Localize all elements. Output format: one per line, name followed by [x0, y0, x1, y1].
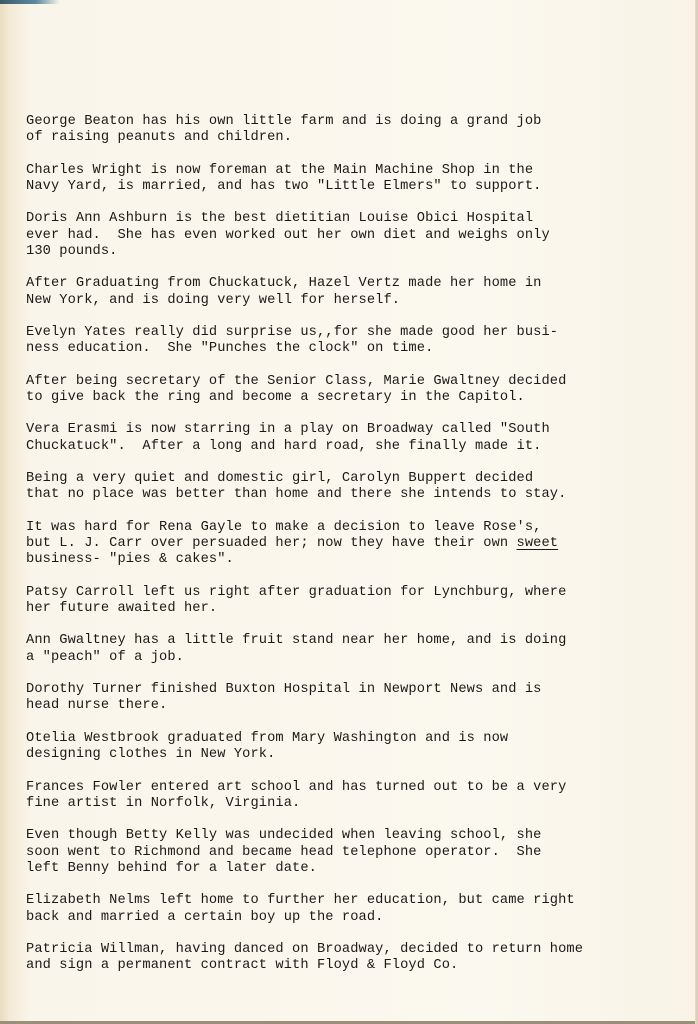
paragraph: Doris Ann Ashburn is the best dietitian …: [26, 211, 686, 260]
text-line: Patricia Willman, having danced on Broad…: [26, 942, 686, 958]
text-line: Navy Yard, is married, and has two "Litt…: [26, 179, 686, 195]
paragraph: Charles Wright is now foreman at the Mai…: [26, 163, 686, 196]
text-line: After Graduating from Chuckatuck, Hazel …: [26, 276, 686, 292]
underlined-word: sweet: [517, 536, 559, 551]
text-line: but L. J. Carr over persuaded her; now t…: [26, 536, 686, 552]
text-line: Evelyn Yates really did surprise us,,for…: [26, 325, 686, 341]
text-line: to give back the ring and become a secre…: [26, 390, 686, 406]
text-line: Even though Betty Kelly was undecided wh…: [26, 828, 686, 844]
typewritten-page: George Beaton has his own little farm an…: [0, 0, 698, 1024]
text-line: her future awaited her.: [26, 601, 686, 617]
text-line: Otelia Westbrook graduated from Mary Was…: [26, 731, 686, 747]
text-line: fine artist in Norfolk, Virginia.: [26, 796, 686, 812]
scan-edge: [0, 0, 60, 4]
text-line: ever had. She has even worked out her ow…: [26, 228, 686, 244]
text-line: back and married a certain boy up the ro…: [26, 910, 686, 926]
paragraph: Elizabeth Nelms left home to further her…: [26, 893, 686, 926]
text-line: 130 pounds.: [26, 244, 686, 260]
paragraph: George Beaton has his own little farm an…: [26, 114, 686, 147]
text-line: that no place was better than home and t…: [26, 487, 686, 503]
text-line: Charles Wright is now foreman at the Mai…: [26, 163, 686, 179]
paragraph: Patsy Carroll left us right after gradua…: [26, 585, 686, 618]
text-line: Patsy Carroll left us right after gradua…: [26, 585, 686, 601]
text-line: Chuckatuck". After a long and hard road,…: [26, 439, 686, 455]
paragraph: Even though Betty Kelly was undecided wh…: [26, 828, 686, 877]
text-line: New York, and is doing very well for her…: [26, 293, 686, 309]
paragraph: After Graduating from Chuckatuck, Hazel …: [26, 276, 686, 309]
paragraph: Dorothy Turner finished Buxton Hospital …: [26, 682, 686, 715]
paragraph: Otelia Westbrook graduated from Mary Was…: [26, 731, 686, 764]
text-line: designing clothes in New York.: [26, 747, 686, 763]
text-line: Elizabeth Nelms left home to further her…: [26, 893, 686, 909]
text-line: Vera Erasmi is now starring in a play on…: [26, 422, 686, 438]
paragraph: It was hard for Rena Gayle to make a dec…: [26, 520, 686, 569]
text-line: of raising peanuts and children.: [26, 130, 686, 146]
text-line: a "peach" of a job.: [26, 650, 686, 666]
text-line: Frances Fowler entered art school and ha…: [26, 780, 686, 796]
paragraph: Evelyn Yates really did surprise us,,for…: [26, 325, 686, 358]
text-line: After being secretary of the Senior Clas…: [26, 374, 686, 390]
paragraph: Patricia Willman, having danced on Broad…: [26, 942, 686, 975]
text-line: Being a very quiet and domestic girl, Ca…: [26, 471, 686, 487]
text-line: ness education. She "Punches the clock" …: [26, 341, 686, 357]
text-line: George Beaton has his own little farm an…: [26, 114, 686, 130]
text-line: soon went to Richmond and became head te…: [26, 845, 686, 861]
text-line: It was hard for Rena Gayle to make a dec…: [26, 520, 686, 536]
text-line: head nurse there.: [26, 698, 686, 714]
paragraph: After being secretary of the Senior Clas…: [26, 374, 686, 407]
text-line: left Benny behind for a later date.: [26, 861, 686, 877]
text-line: Ann Gwaltney has a little fruit stand ne…: [26, 633, 686, 649]
paragraph: Vera Erasmi is now starring in a play on…: [26, 422, 686, 455]
paragraph: Being a very quiet and domestic girl, Ca…: [26, 471, 686, 504]
text-line: business- "pies & cakes".: [26, 552, 686, 568]
text-line: Doris Ann Ashburn is the best dietitian …: [26, 211, 686, 227]
text-line: Dorothy Turner finished Buxton Hospital …: [26, 682, 686, 698]
paragraph: Frances Fowler entered art school and ha…: [26, 780, 686, 813]
paragraph: Ann Gwaltney has a little fruit stand ne…: [26, 633, 686, 666]
text-line: and sign a permanent contract with Floyd…: [26, 958, 686, 974]
document-body: George Beaton has his own little farm an…: [26, 114, 686, 991]
